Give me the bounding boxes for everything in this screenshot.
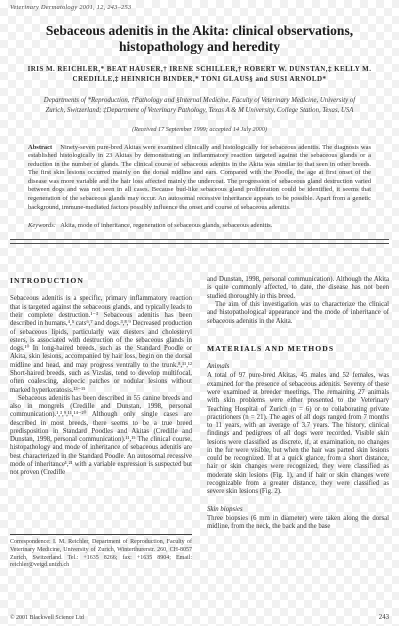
page-number: 243 [379,614,389,621]
animals-paragraph: A total of 97 pure-bred Akitas, 45 males… [207,372,389,496]
introduction-heading: INTRODUCTION [10,276,192,285]
keywords-label: Keywords: [28,222,59,229]
abstract-text: Ninety-seven pure-bred Akitas were exami… [28,144,371,211]
two-column-body: INTRODUCTION Sebaceous adenitis is a spe… [10,276,389,570]
aim-paragraph: The aim of this investigation was to cha… [207,301,389,326]
skin-biopsies-paragraph: Three biopsies (6 mm in diameter) were t… [207,515,389,532]
page-footer: © 2001 Blackwell Science Ltd 243 [10,614,389,621]
keywords-line: Keywords: Akita, mode of inheritance, re… [28,222,371,229]
introduction-paragraph-1: Sebaceous adenitis is a specific, primar… [10,295,192,394]
skin-biopsies-subheading: Skin biopsies [207,506,389,514]
left-column: INTRODUCTION Sebaceous adenitis is a spe… [10,276,192,570]
animals-subheading: Animals [207,363,389,371]
footnote-rule [10,534,192,535]
continuation-paragraph: and Dunstan, 1998, personal communicatio… [207,276,389,301]
right-column: and Dunstan, 1998, personal communicatio… [207,276,389,570]
keywords-text: Akita, mode of inheritance, regeneration… [60,222,272,229]
section-divider-rule [10,239,389,244]
received-dates: (Received 17 September 1999; accepted 14… [10,126,389,133]
abstract-paragraph: Abstract Ninety-seven pure-bred Akitas w… [28,144,371,213]
footnote-block: Correspondence: I. M. Reichler, Departme… [10,534,192,570]
introduction-paragraph-2: Sebaceous adenitis has been described in… [10,395,192,478]
correspondence-note: Correspondence: I. M. Reichler, Departme… [10,539,192,570]
spacer [207,326,389,344]
copyright-notice: © 2001 Blackwell Science Ltd [10,615,84,621]
title-line-1: Sebaceous adenitis in the Akita: clinica… [16,23,383,39]
authors-line: IRIS M. REICHLER,* BEAT HAUSER,† IRENE S… [24,64,375,85]
journal-header: Veterinary Dermatology 2001, 12, 243–253 [10,4,389,11]
scanned-paper-page: Veterinary Dermatology 2001, 12, 243–253… [0,0,399,626]
materials-methods-heading: MATERIALS AND METHODS [207,344,389,353]
page-title: Sebaceous adenitis in the Akita: clinica… [16,23,383,55]
abstract-label: Abstract [28,144,58,151]
affiliations: Departments of *Reproduction, †Pathology… [36,96,363,116]
title-line-2: histopathology and heredity [16,39,383,55]
